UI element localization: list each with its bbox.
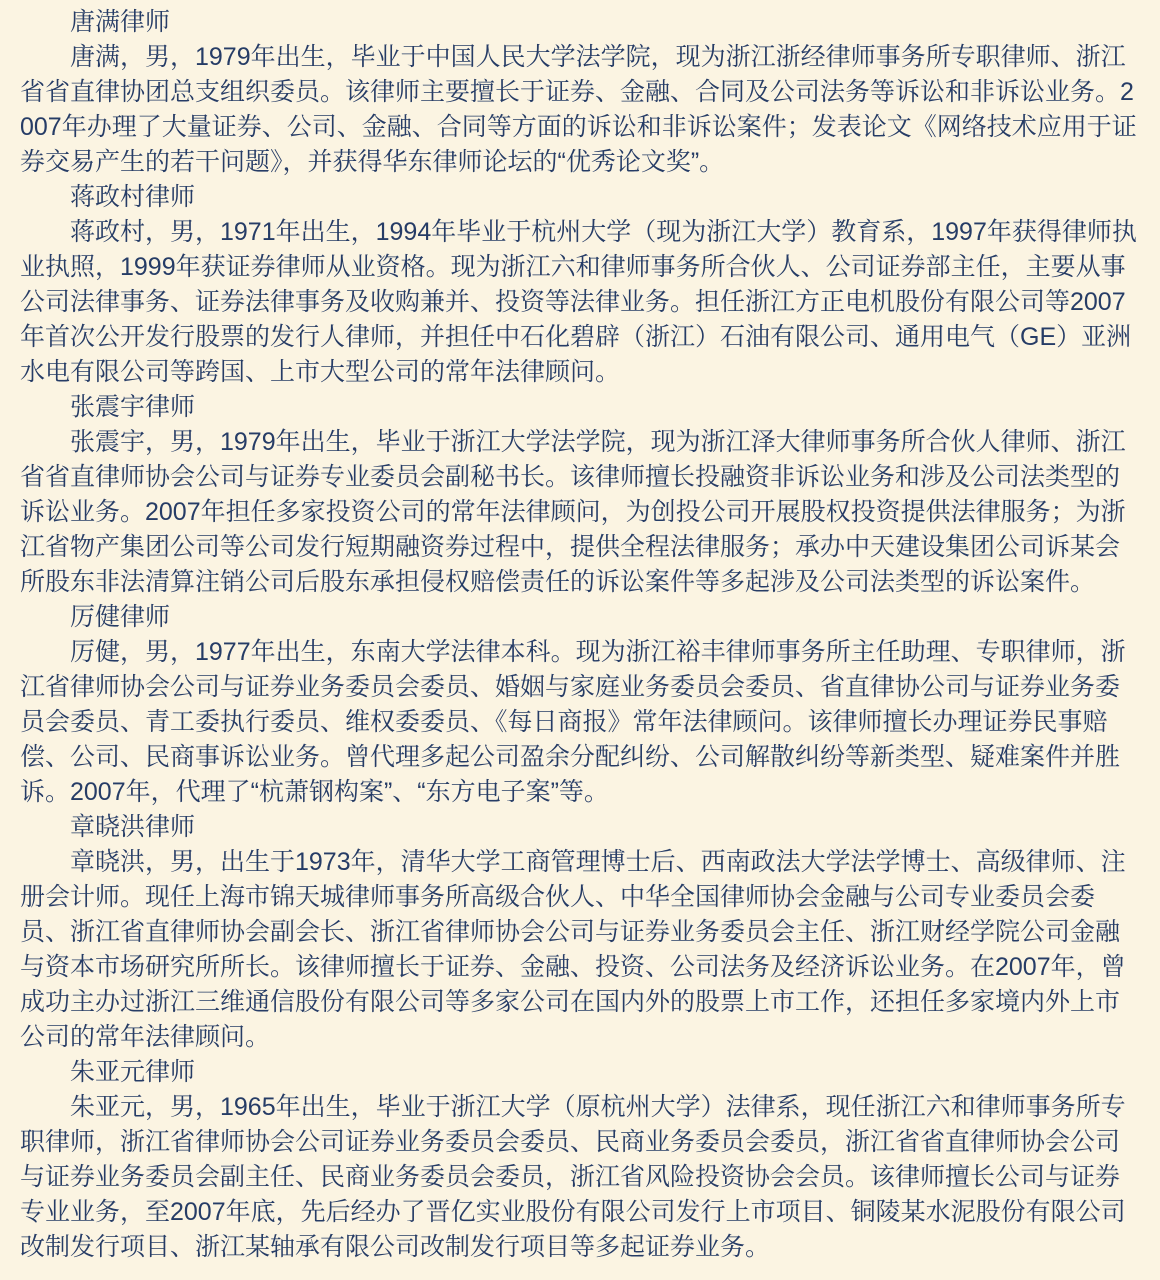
lawyer-bio-paragraph: 蒋政村，男，1971年出生，1994年毕业于杭州大学（现为浙江大学）教育系，19… [20,215,1140,390]
lawyer-section: 章晓洪律师 章晓洪，男，出生于1973年，清华大学工商管理博士后、西南政法大学法… [20,810,1140,1055]
lawyer-name-heading: 朱亚元律师 [20,1055,1140,1090]
lawyer-section: 朱亚元律师 朱亚元，男，1965年出生，毕业于浙江大学（原杭州大学）法律系，现任… [20,1055,1140,1265]
lawyer-name-heading: 张震宇律师 [20,390,1140,425]
lawyer-section: 唐满律师 唐满，男，1979年出生，毕业于中国人民大学法学院，现为浙江浙经律师事… [20,5,1140,180]
lawyer-name-heading: 蒋政村律师 [20,180,1140,215]
document-page: 唐满律师 唐满，男，1979年出生，毕业于中国人民大学法学院，现为浙江浙经律师事… [0,0,1160,1280]
lawyer-name-heading: 章晓洪律师 [20,810,1140,845]
lawyer-bio-paragraph: 唐满，男，1979年出生，毕业于中国人民大学法学院，现为浙江浙经律师事务所专职律… [20,40,1140,180]
lawyer-section: 张震宇律师 张震宇，男，1979年出生，毕业于浙江大学法学院，现为浙江泽大律师事… [20,390,1140,600]
lawyer-section: 蒋政村律师 蒋政村，男，1971年出生，1994年毕业于杭州大学（现为浙江大学）… [20,180,1140,390]
lawyer-name-heading: 唐满律师 [20,5,1140,40]
lawyer-bio-paragraph: 朱亚元，男，1965年出生，毕业于浙江大学（原杭州大学）法律系，现任浙江六和律师… [20,1090,1140,1265]
lawyer-bio-paragraph: 厉健，男，1977年出生，东南大学法律本科。现为浙江裕丰律师事务所主任助理、专职… [20,635,1140,810]
lawyer-name-heading: 厉健律师 [20,600,1140,635]
lawyer-section: 厉健律师 厉健，男，1977年出生，东南大学法律本科。现为浙江裕丰律师事务所主任… [20,600,1140,810]
lawyer-bio-paragraph: 章晓洪，男，出生于1973年，清华大学工商管理博士后、西南政法大学法学博士、高级… [20,845,1140,1055]
lawyer-bio-paragraph: 张震宇，男，1979年出生，毕业于浙江大学法学院，现为浙江泽大律师事务所合伙人律… [20,425,1140,600]
